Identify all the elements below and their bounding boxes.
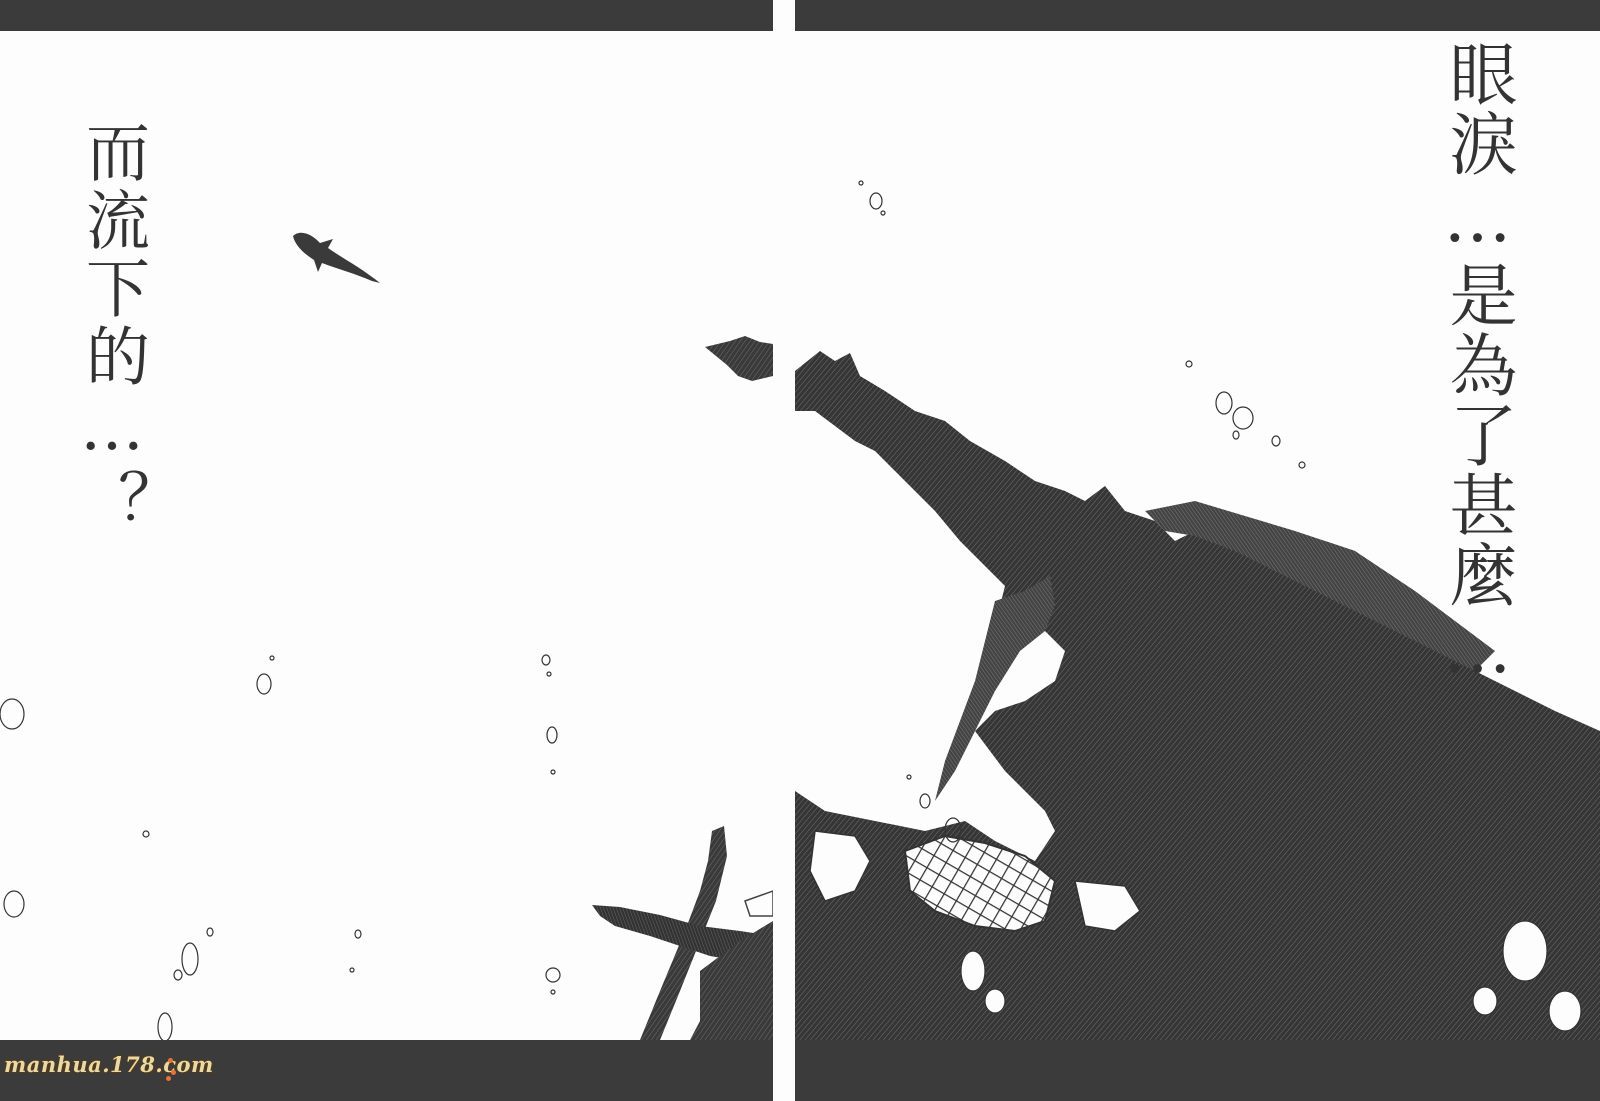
left-page: 而流下的…？	[0, 31, 773, 1040]
watermark-flower-icon	[171, 1070, 176, 1075]
top-frame-right	[795, 0, 1600, 31]
site-watermark: manhua.178.com	[4, 1052, 214, 1077]
right-page: 眼淚…是為了甚麼…	[795, 31, 1600, 1040]
floating-fragment	[705, 336, 773, 381]
watermark-flower-icon	[166, 1076, 171, 1081]
left-page-caption: 而流下的…？	[80, 119, 144, 537]
page-gutter	[773, 0, 795, 1101]
top-frame-left	[0, 0, 773, 31]
bottom-frame-right	[795, 1040, 1600, 1101]
right-page-caption: 眼淚…是為了甚麼…	[1443, 39, 1511, 691]
watermark-flower-icon	[168, 1058, 173, 1063]
fish-icon	[293, 233, 380, 283]
mast-debris	[592, 826, 773, 1040]
air-bubbles	[0, 655, 560, 1040]
